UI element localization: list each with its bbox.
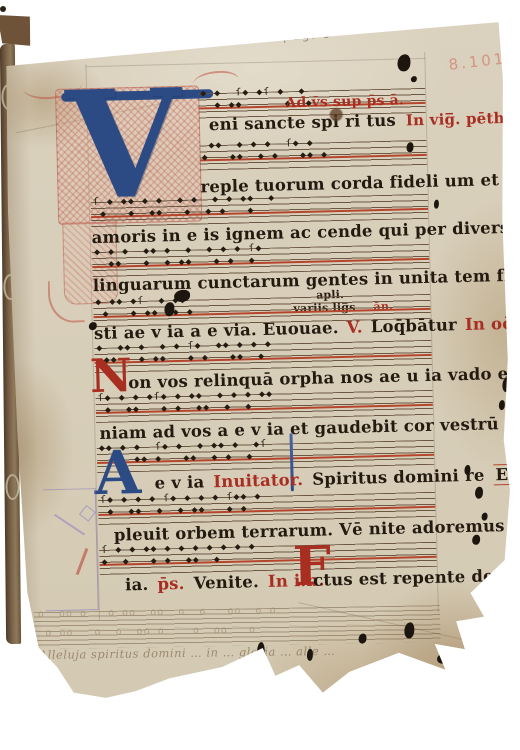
chant-text: e v ia xyxy=(154,472,204,492)
margin-ruling-frame xyxy=(43,488,99,611)
initial-V: V xyxy=(65,84,183,205)
ink-blot xyxy=(453,669,461,677)
ink-blot xyxy=(502,378,510,392)
psalm-mark: p̄s. xyxy=(157,574,185,594)
rubric-in-octavo: In oc̄do xyxy=(465,313,520,334)
ink-blot xyxy=(411,76,417,82)
rubric-feast: In vig̅. pēthecostes xyxy=(406,107,520,129)
ink-speck xyxy=(0,6,6,12)
margin-doodle-square xyxy=(79,505,96,522)
rubric-invitatory: Inuitator. xyxy=(213,470,303,491)
euouae-formula: Euouae xyxy=(493,463,520,486)
versicle-mark: V. xyxy=(346,318,363,337)
ink-blot xyxy=(434,200,439,209)
ink-blot xyxy=(475,487,483,499)
manuscript-photo: 2°F6. pag. 9 8.101 V ◆ ◆ ſ◆ ◆ſ ◆ ◆ ◆ ◆◆ … xyxy=(0,0,520,750)
ink-blot xyxy=(499,400,505,410)
ink-blot xyxy=(397,54,410,71)
chant-text: Spiritus domini re xyxy=(312,466,485,489)
cursive-annotation: Alleluja spiritus domini … in … gloria …… xyxy=(39,644,336,662)
music-stave: ◆◆ ◆ ◆ ◆ ſ◆ ◆ ◆ ◆◆ ◆ ◆ ◆◆ ◆ xyxy=(199,140,427,171)
chant-cue-loquebatur: Loq̄bātur xyxy=(370,315,457,336)
ink-blot xyxy=(472,535,480,545)
initial-N: N xyxy=(90,357,133,395)
margin-doodle-line xyxy=(54,514,85,535)
rubric-super-psalmos: Ad v̄s sup p̄s ā. xyxy=(285,92,404,111)
parchment-page: 2°F6. pag. 9 8.101 V ◆ ◆ ſ◆ ◆ſ ◆ ◆ ◆ ◆◆ … xyxy=(2,20,520,726)
ink-blot xyxy=(437,653,449,663)
red-pencil-foliation: 8.101 xyxy=(448,49,508,73)
ink-blot xyxy=(257,642,266,664)
initial-A: A xyxy=(94,449,142,498)
chant-text: eni sancte spi ri tus xyxy=(209,111,396,135)
penwork-flourish xyxy=(48,280,85,323)
chant-text: Venite. xyxy=(193,572,259,593)
ink-blot xyxy=(307,649,313,661)
sewing-support xyxy=(5,474,19,500)
margin-red-stroke xyxy=(76,548,88,575)
ink-blot xyxy=(472,639,482,647)
text-line-10-continued: ctus est repente de xyxy=(313,566,494,589)
pencil-inscription: 2°F6. pag. 9 xyxy=(234,26,332,46)
chant-text: ia. xyxy=(125,575,149,595)
